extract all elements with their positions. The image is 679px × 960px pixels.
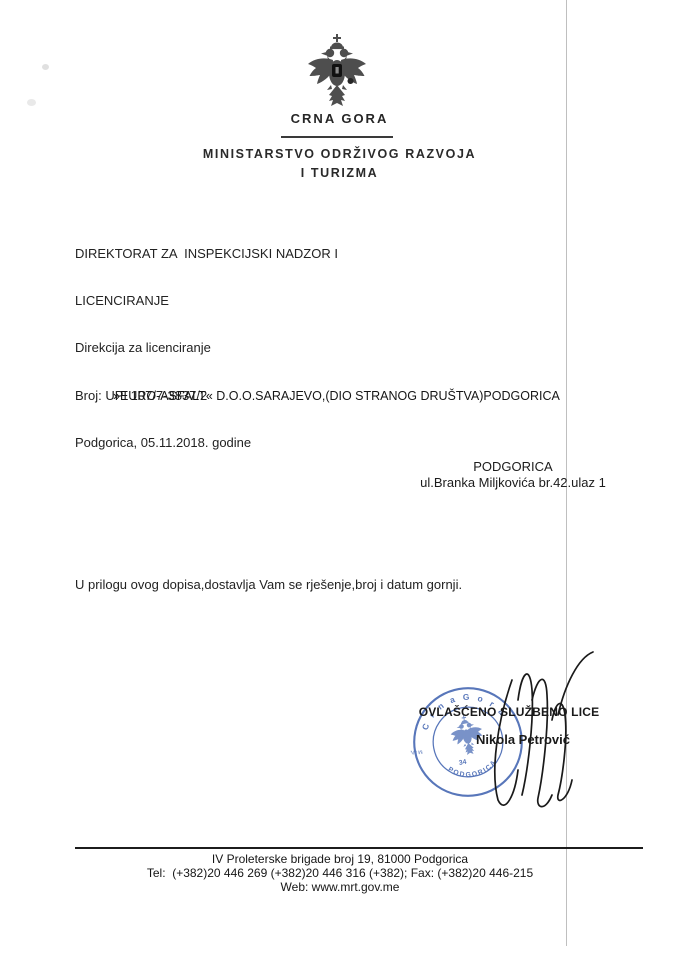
coat-of-arms-icon xyxy=(305,32,369,112)
sender-directorate-line1: DIREKTORAT ZA INSPEKCIJSKI NADZOR I xyxy=(75,246,338,262)
ministry-name-line1: MINISTARSTVO ODRŽIVOG RAZVOJA xyxy=(0,147,679,161)
sender-directorate-line2: LICENCIRANJE xyxy=(75,293,338,309)
recipient-address-block: PODGORICA ul.Branka Miljkovića br.42.ula… xyxy=(420,459,606,490)
footer-address: IV Proleterske brigade broj 19, 81000 Po… xyxy=(8,852,672,866)
scan-speck xyxy=(42,64,49,70)
country-title: CRNA GORA xyxy=(0,111,679,126)
footer-contacts: Tel: (+382)20 446 269 (+382)20 446 316 (… xyxy=(8,866,672,880)
footer-divider xyxy=(75,847,643,849)
sender-directorate-line3: Direkcija za licenciranje xyxy=(75,340,338,356)
letter-body-text: U prilogu ovog dopisa,dostavlja Vam se r… xyxy=(75,577,462,592)
recipient-company: »EURO-ASFALT« D.O.O.SARAJEVO,(DIO STRANO… xyxy=(113,389,583,403)
footer-block: IV Proleterske brigade broj 19, 81000 Po… xyxy=(8,852,672,894)
signatory-title: OVLAŠĆENO SLUŽBENO LICE xyxy=(408,705,610,719)
scanned-letter-page: CRNA GORA MINISTARSTVO ODRŽIVOG RAZVOJA … xyxy=(0,0,679,960)
footer-web: Web: www.mrt.gov.me xyxy=(8,880,672,894)
recipient-city: PODGORICA xyxy=(420,459,606,475)
header-divider xyxy=(281,136,393,138)
handwritten-signature xyxy=(450,640,615,822)
sender-date-line: Podgorica, 05.11.2018. godine xyxy=(75,435,338,451)
ministry-name-line2: I TURIZMA xyxy=(0,166,679,180)
scan-speck xyxy=(27,99,36,106)
sender-block: DIREKTORAT ZA INSPEKCIJSKI NADZOR I LICE… xyxy=(75,214,338,483)
signatory-name: Nikola Petrović xyxy=(423,732,623,747)
recipient-street: ul.Branka Miljkovića br.42.ulaz 1 xyxy=(420,475,606,491)
